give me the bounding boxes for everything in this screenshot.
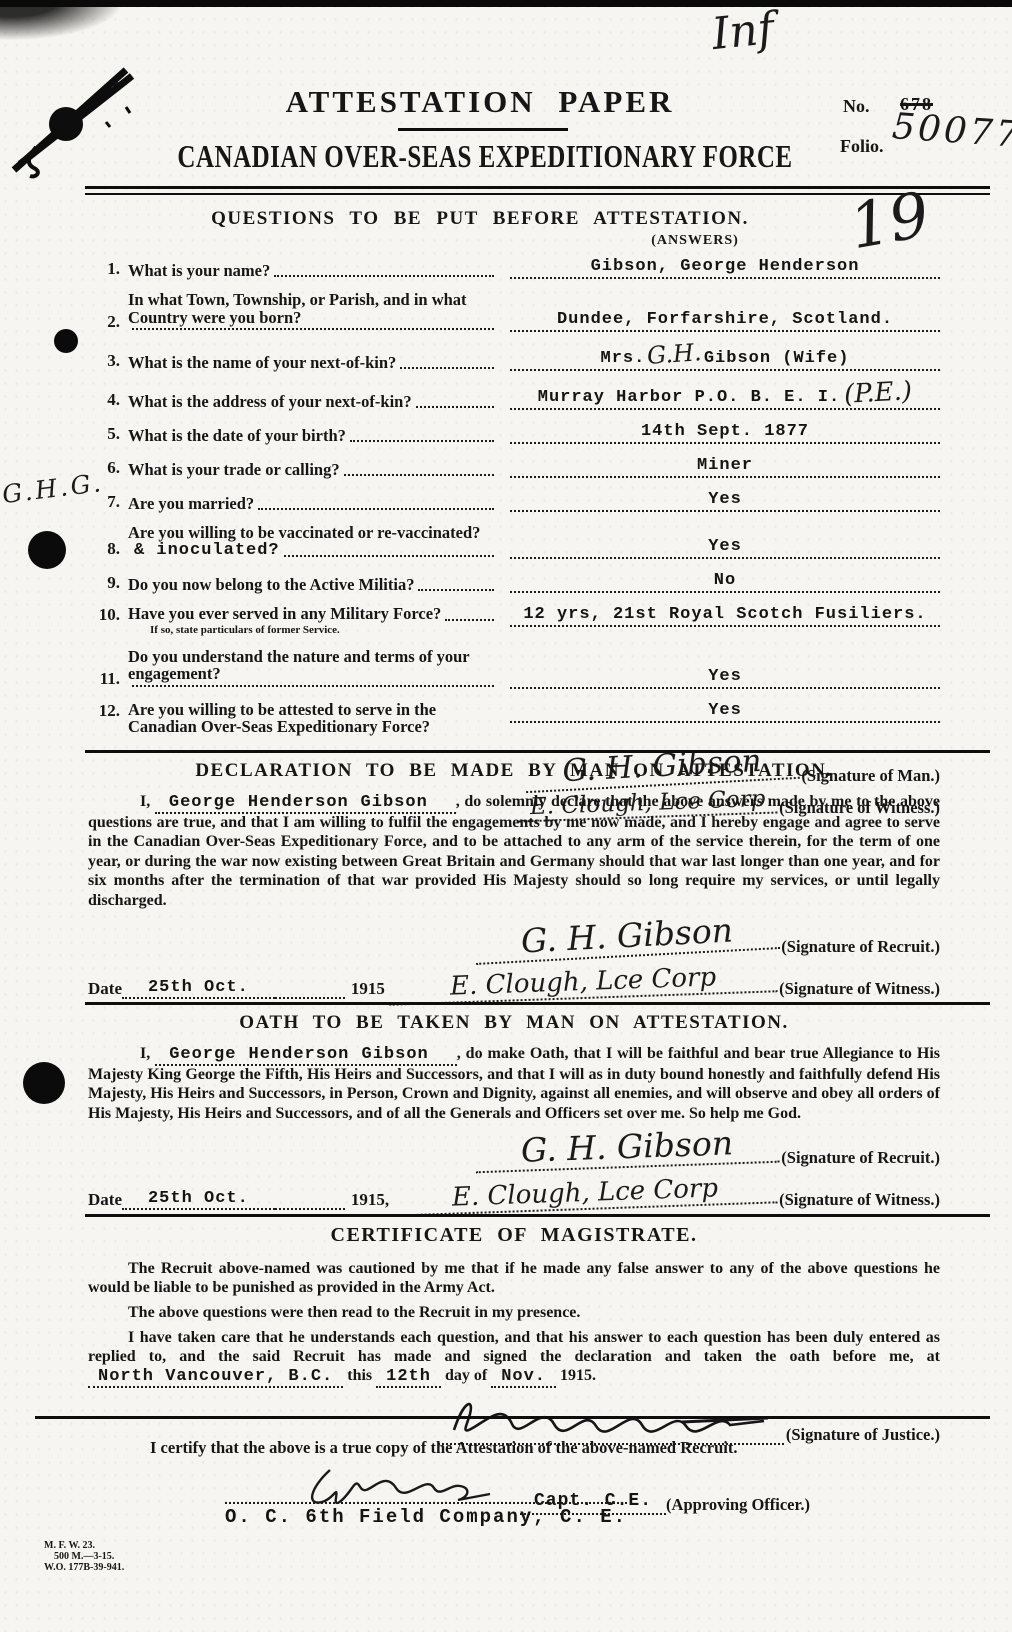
attestation-month: Nov.	[491, 1367, 556, 1388]
recruit-signature-row: G. H. Gibson (Signature of Recruit.)	[88, 916, 940, 957]
date-label: Date	[88, 979, 122, 999]
question-row-9: 9. Do you now belong to the Active Milit…	[88, 571, 940, 593]
question-row-8: 8. Are you willing to be vaccinated or r…	[88, 524, 940, 559]
declaration-section: DECLARATION TO BE MADE BY MAN ON ATTESTA…	[88, 760, 940, 999]
oath-paragraph: I, George Henderson Gibson, do make Oath…	[88, 1044, 940, 1123]
question-number: 7.	[88, 492, 128, 512]
question-text: What is the date of your birth?	[128, 427, 346, 445]
fine-print-line: 500 M.—3-15.	[44, 1551, 124, 1562]
question-text: Do you understand the nature and terms o…	[128, 648, 496, 683]
no-label: No.	[843, 96, 870, 117]
magistrate-para-3: I have taken care that he understands ea…	[88, 1328, 940, 1386]
answer-field: Yes	[510, 667, 940, 689]
witness-signature: E. Clough, Lce Corp	[388, 960, 777, 1006]
signature-of-witness-label: (Signature of Witness.)	[779, 979, 940, 999]
force-subtitle: CANADIAN OVER-SEAS EXPEDITIONARY FORCE	[130, 141, 840, 176]
fine-print-line: W.O. 177B-39-941.	[44, 1562, 124, 1573]
question-row-6: 6. What is your trade or calling? Miner	[88, 456, 940, 478]
dotted-leader	[132, 326, 494, 330]
dotted-leader	[258, 506, 494, 510]
year-printed: 1915,	[351, 1190, 389, 1210]
question-number: 2.	[88, 312, 128, 332]
question-number: 3.	[88, 351, 128, 371]
year-printed: 1915	[351, 979, 385, 999]
answer-field: Murray Harbor P.O. B. E. I.(P.E.)	[510, 383, 940, 410]
question-text: What is the name of your next-of-kin?	[128, 354, 396, 372]
section-divider	[35, 1416, 990, 1419]
answer-field: Gibson, George Henderson	[510, 257, 940, 279]
dotted-leader	[350, 438, 494, 442]
question-number: 10.	[88, 605, 128, 625]
dotted-leader	[416, 404, 494, 408]
question-number: 11.	[88, 669, 128, 689]
answers-label: (ANSWERS)	[575, 233, 815, 249]
oath-intro: I,	[140, 1045, 150, 1062]
dotted-leader	[275, 1206, 345, 1210]
oath-heading: OATH TO BE TAKEN BY MAN ON ATTESTATION.	[88, 1012, 940, 1034]
question-text: In what Town, Township, or Parish, and i…	[128, 291, 496, 326]
magistrate-section: CERTIFICATE OF MAGISTRATE. The Recruit a…	[88, 1224, 940, 1445]
witness-signature: E. Clough, Lce Corp	[393, 1171, 778, 1216]
hole-punch	[23, 1062, 65, 1104]
declaration-intro: I,	[140, 793, 150, 810]
question-row-5: 5. What is the date of your birth? 14th …	[88, 422, 940, 444]
question-number: 6.	[88, 458, 128, 478]
question-number: 8.	[88, 539, 128, 559]
hole-punch	[28, 531, 66, 569]
signature-of-recruit-label: (Signature of Recruit.)	[781, 1148, 940, 1168]
oath-name: George Henderson Gibson	[155, 1045, 457, 1066]
answer-field: Miner	[510, 456, 940, 478]
answer-handwriting: (P.E.)	[844, 381, 913, 405]
signature-of-recruit-label: (Signature of Recruit.)	[781, 937, 940, 957]
answer-field: Yes	[510, 490, 940, 512]
unit-line: O. C. 6th Field Company, C. E.	[225, 1502, 627, 1528]
question-text: Are you married?	[128, 495, 254, 513]
answer-field: Yes	[510, 701, 940, 723]
question-text: Have you ever served in any Military For…	[128, 605, 441, 623]
dotted-leader	[274, 273, 494, 277]
answer-typed: Gibson (Wife)	[704, 349, 850, 368]
declaration-date-row: Date 25th Oct. 1915 E. Clough, Lce Corp …	[88, 967, 940, 999]
question-number: 5.	[88, 424, 128, 444]
answer-field: Dundee, Forfarshire, Scotland.	[510, 310, 940, 332]
declaration-paragraph: I, George Henderson Gibson, do solemnly …	[88, 792, 940, 910]
answer-typed: Murray Harbor P.O. B. E. I.	[538, 388, 840, 407]
form-fine-print: M. F. W. 23. 500 M.—3-15. W.O. 177B-39-9…	[44, 1540, 124, 1573]
question-number: 12.	[88, 701, 128, 721]
magistrate-para-1: The Recruit above-named was cautioned by…	[88, 1259, 940, 1297]
date-value: 25th Oct.	[122, 978, 275, 999]
typed-insertion: & inoculated?	[134, 542, 280, 560]
certify-statement: I certify that the above is a true copy …	[150, 1438, 737, 1458]
declaration-heading: DECLARATION TO BE MADE BY MAN ON ATTESTA…	[88, 760, 940, 782]
question-number: 4.	[88, 390, 128, 410]
magistrate-heading: CERTIFICATE OF MAGISTRATE.	[88, 1224, 940, 1247]
question-text: Do you now belong to the Active Militia?	[128, 576, 414, 594]
handwritten-page-mark: 19	[844, 178, 934, 264]
recruit-signature: G. H. Gibson	[475, 1122, 780, 1174]
question-row-4: 4. What is the address of your next-of-k…	[88, 383, 940, 410]
answer-field: 12 yrs, 21st Royal Scotch Fusiliers.	[510, 605, 940, 627]
answer-field: Mrs.G.H.Gibson (Wife)	[510, 344, 940, 371]
date-value: 25th Oct.	[122, 1189, 275, 1210]
attestation-year: 1915.	[560, 1367, 596, 1384]
question-row-3: 3. What is the name of your next-of-kin?…	[88, 344, 940, 371]
question-text: Are you willing to be attested to serve …	[128, 701, 496, 736]
attestation-paper-scan: Inf ATTESTATION PAPER No. 678 Folio. 500…	[0, 0, 1012, 1632]
signature-of-witness-label: (Signature of Witness.)	[779, 1190, 940, 1210]
question-row-1: 1. What is your name? Gibson, George Hen…	[88, 257, 940, 279]
oath-section: OATH TO BE TAKEN BY MAN ON ATTESTATION. …	[88, 1012, 940, 1210]
scan-corner-smudge	[0, 0, 140, 46]
folio-label: Folio.	[840, 136, 884, 157]
dotted-leader	[418, 587, 494, 591]
question-row-10: 10. Have you ever served in any Military…	[88, 605, 940, 636]
date-label: Date	[88, 1190, 122, 1210]
magistrate-para-3-text: I have taken care that he understands ea…	[88, 1329, 940, 1365]
question-row-2: 2. In what Town, Township, or Parish, an…	[88, 291, 940, 332]
question-text: What is your trade or calling?	[128, 461, 340, 479]
attestation-place: North Vancouver, B.C.	[88, 1367, 343, 1388]
signature-of-justice-label: (Signature of Justice.)	[786, 1425, 940, 1445]
answer-field: Yes	[510, 537, 940, 559]
answer-field: No	[510, 571, 940, 593]
section-divider	[85, 1002, 990, 1005]
declarant-name: George Henderson Gibson	[155, 793, 456, 814]
section-divider	[85, 1214, 990, 1217]
dotted-leader	[275, 995, 345, 999]
question-note: If so, state particulars of former Servi…	[128, 624, 496, 636]
question-text: What is your name?	[128, 262, 270, 280]
answer-typed: Mrs.	[601, 349, 646, 368]
scan-edge-bar	[0, 0, 1012, 7]
question-row-11: 11. Do you understand the nature and ter…	[88, 648, 940, 689]
hole-punch	[54, 329, 78, 353]
day-of-label: day of	[445, 1367, 487, 1384]
recruit-signature: G. H. Gibson	[474, 908, 780, 965]
question-number: 9.	[88, 573, 128, 593]
questions-heading: QUESTIONS TO BE PUT BEFORE ATTESTATION.	[140, 208, 820, 230]
attestation-day: 12th	[376, 1367, 441, 1388]
question-text: What is the address of your next-of-kin?	[128, 393, 412, 411]
dotted-leader	[284, 553, 494, 557]
section-divider	[85, 750, 990, 753]
approving-officer-label: (Approving Officer.)	[666, 1495, 810, 1515]
question-text: Are you willing to be vaccinated or re-v…	[128, 524, 480, 542]
title-divider	[398, 128, 568, 131]
answer-handwriting: G.H.	[647, 342, 703, 366]
this-label: this	[347, 1367, 372, 1384]
dotted-leader	[132, 683, 494, 687]
question-row-12: 12. Are you willing to be attested to se…	[88, 701, 940, 736]
fine-print-line: M. F. W. 23.	[44, 1540, 124, 1551]
questions-list: 1. What is your name? Gibson, George Hen…	[88, 257, 940, 818]
answer-field: 14th Sept. 1877	[510, 422, 940, 444]
recruit-signature-row: G. H. Gibson (Signature of Recruit.)	[88, 1127, 940, 1168]
page-title: ATTESTATION PAPER	[160, 84, 800, 120]
oath-date-row: Date 25th Oct. 1915, E. Clough, Lce Corp…	[88, 1178, 940, 1210]
dotted-leader	[344, 472, 494, 476]
folio-value: 500773.	[891, 106, 1012, 159]
justice-signature-squiggle	[446, 1392, 776, 1438]
ink-note: Inf	[710, 3, 777, 60]
question-number: 1.	[88, 259, 128, 279]
question-row-7: 7. Are you married? Yes	[88, 490, 940, 512]
dotted-leader	[445, 617, 494, 621]
dotted-leader	[400, 365, 494, 369]
magistrate-para-2: The above questions were then read to th…	[88, 1303, 940, 1322]
